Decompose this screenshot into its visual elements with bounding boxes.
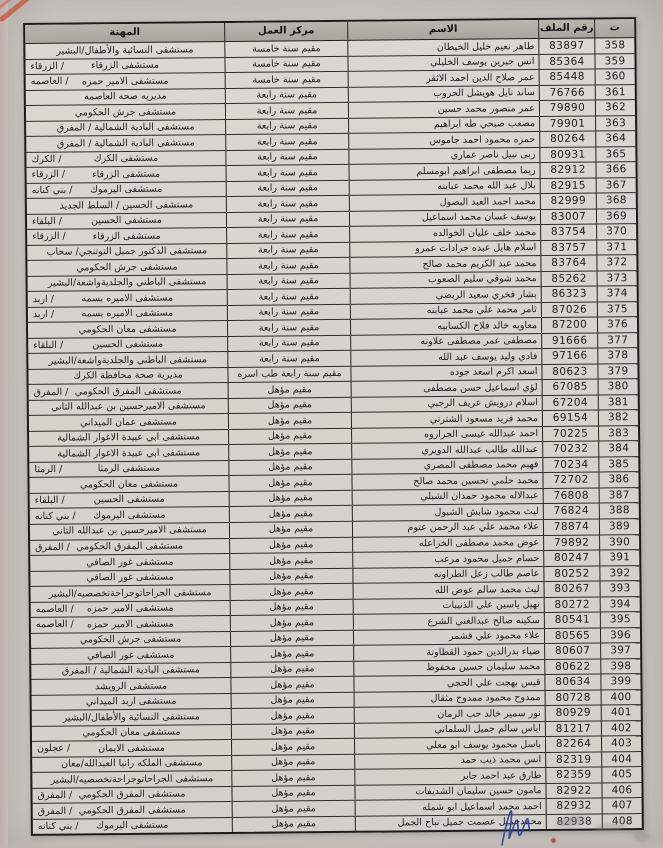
cell-profession: مستشفى اليرموك / بني كنانه	[30, 507, 229, 523]
cell-work-center: مقيم مؤهل	[231, 692, 354, 708]
cell-index: 369	[596, 209, 636, 224]
cell-name: محمد خلف عليان الخوالده	[349, 225, 540, 241]
table-body: 358 83897 طاهر نعيم خليل الخيطان مقيم سن…	[25, 38, 642, 834]
cell-file-number: 82359	[545, 768, 601, 783]
cell-index: 393	[600, 581, 640, 596]
profession-hospital: مستشفى عمان الميداني	[80, 417, 177, 427]
cell-file-number: 87026	[541, 302, 597, 317]
cell-file-number: 81217	[545, 721, 601, 736]
profession-district: / بني كنانه	[35, 511, 76, 521]
cell-work-center: مقيم سنة رابعة	[225, 149, 348, 165]
cell-index: 399	[600, 674, 640, 689]
scan-bottom-edge	[0, 842, 663, 848]
cell-name: ريما مصطفى ابراهيم ابومسلم	[348, 163, 539, 179]
cell-name: علاء محمود علي قشمر	[353, 629, 544, 645]
cell-profession: مستشفى ابي عبيدة الاغوار الشمالية	[29, 445, 228, 461]
profession-district: / البلقاء	[33, 341, 63, 351]
cell-file-number: 70232	[542, 442, 598, 457]
cell-work-center: مقيم سنة رابعة	[227, 351, 350, 367]
cell-work-center: مقيم سنة رابعة	[225, 134, 348, 150]
profession-hospital: مستشفى البادية الشمالية / المفرق	[62, 665, 200, 676]
cell-file-number: 83897	[538, 38, 594, 53]
cell-name: طاهر نعيم خليل الخيطان	[347, 39, 538, 55]
cell-index: 385	[598, 457, 638, 472]
cell-profession: مستشفى الاميرحسين بن عبدالله الثاني	[30, 523, 229, 539]
cell-work-center: مقيم مؤهل	[230, 599, 353, 615]
cell-name: باسل محمود يوسف ابو معلي	[354, 737, 545, 753]
cell-work-center: مقيم مؤهل	[231, 724, 354, 740]
header-index: ت	[594, 19, 634, 37]
cell-work-center: مقيم مؤهل	[230, 584, 353, 600]
cell-name: عاصم طالب زعل الطراونه	[352, 567, 543, 583]
cell-file-number: 80252	[543, 566, 599, 581]
cell-index: 406	[601, 783, 641, 798]
cell-index: 361	[595, 85, 635, 100]
cell-profession: مستشفى الباطني والجلديةواشعة/البشير	[28, 352, 227, 368]
cell-name: عبدالله طالب عبدالله الدويري	[351, 442, 542, 458]
cell-profession: مستشفى الامير حمزه / العاصمه	[31, 616, 230, 632]
cell-profession: مستشفى الاميره بسمه / اربد	[28, 290, 227, 306]
cell-name: قيس بهجت علي الحجي	[353, 675, 544, 691]
profession-hospital: مستشفى الكرك	[94, 154, 159, 164]
cell-profession: مستشفى الزرقاء / الزرقاء	[27, 228, 226, 244]
cell-profession: مستشفى الزرقاء / الزرقاء	[27, 166, 226, 182]
cell-index: 397	[600, 643, 640, 658]
cell-file-number: 80931	[539, 147, 595, 162]
profession-district: / المفرق	[34, 387, 69, 397]
cell-profession: مستشفى الدكتور جميل التوتنجي/ سحاب	[27, 244, 226, 260]
profession-hospital: مستشفى جرش الحكومي	[75, 107, 176, 117]
cell-name: محمد احمد العبد البصول	[349, 194, 540, 210]
cell-index: 384	[598, 441, 638, 456]
cell-work-center: مقيم مؤهل	[228, 475, 351, 491]
cell-name: ساند نايل هويشل الحروب	[348, 86, 539, 102]
cell-work-center: مقيم مؤهل	[231, 739, 354, 755]
cell-work-center: مقيم سنة رابعة	[226, 258, 349, 274]
cell-profession: مستشفى النسائية والأطفال/البشير	[32, 709, 231, 725]
profession-district: / العاصمه	[31, 77, 69, 87]
profession-district: / المفرق	[35, 543, 70, 553]
cell-index: 375	[597, 302, 637, 317]
cell-name: ممدوح محمود ممدوح مثقال	[354, 691, 545, 707]
profession-hospital: مستشفى المفرق الحكومي	[76, 541, 183, 552]
cell-index: 378	[597, 348, 637, 363]
profession-district: / اربد	[33, 294, 54, 304]
cell-profession: مستشفى الملكه رانيا العبدالله/معان	[32, 756, 231, 772]
cell-profession: مستشفى جرش الحكومي	[26, 104, 225, 120]
cell-name: بلال عبد الله محمد عبابنه	[349, 179, 540, 195]
cell-name: مامون حسين سليمان الشديفات	[354, 784, 545, 800]
cell-name: احمد عبدالله عيسى الجراروه	[351, 427, 542, 443]
cell-file-number: 70225	[542, 426, 598, 441]
cell-file-number: 69154	[542, 411, 598, 426]
cell-file-number: 82264	[545, 737, 601, 752]
cell-file-number: 80267	[544, 582, 600, 597]
profession-hospital: مستشفى الاميرحسين بن عبدالله الثاني	[51, 402, 206, 413]
cell-index: 363	[595, 116, 635, 131]
cell-name: عبدالاله محمود حمدان الشبلي	[352, 489, 543, 505]
cell-index: 360	[595, 69, 635, 84]
cell-profession: مستشفى الجراحاتوجراحةتخصصيه/البشير	[31, 585, 230, 601]
cell-profession: مستشفى اليرموك / بني كنانه	[27, 182, 226, 198]
cell-file-number: 76808	[543, 488, 599, 503]
cell-profession: مستشفى الاميره بسمه / اربد	[28, 306, 227, 322]
profession-hospital: مستشفى معان الحكومي	[82, 728, 180, 738]
cell-profession: مستشفى معان الحكومي	[29, 476, 228, 492]
cell-name: معاويه خالد فلاح الكسابيه	[350, 318, 541, 334]
cell-file-number: 85364	[538, 54, 594, 69]
cell-file-number: 79892	[543, 535, 599, 550]
cell-profession: مستشفى جرش الحكومي	[27, 259, 226, 275]
cell-work-center: مقيم مؤهل	[228, 413, 351, 429]
cell-file-number: 82922	[545, 783, 601, 798]
profession-district: / بني كنانه	[32, 186, 73, 196]
cell-name: مصعب صبحي طه ابراهيم	[348, 117, 539, 133]
cell-file-number: 76766	[539, 85, 595, 100]
cell-profession: مستشفى الجراحاتوجراحةتخصصيه/البشير	[32, 771, 231, 787]
cell-work-center: مقيم سنة رابعة	[227, 320, 350, 336]
cell-index: 372	[596, 255, 636, 270]
profession-district: / الرمثا	[34, 465, 62, 475]
cell-file-number: 79901	[539, 116, 595, 131]
cell-profession: مستشفى الرمثا / الرمثا	[29, 461, 228, 477]
cell-index: 407	[602, 798, 642, 813]
profession-hospital: مستشفى الباطني والجلديةواشعة/البشير	[49, 355, 208, 366]
cell-profession: مستشفى الباطني والجلديةواشعة/البشير	[28, 275, 227, 291]
cell-file-number: 80541	[544, 613, 600, 628]
cell-index: 387	[599, 488, 639, 503]
profession-hospital: مستشفى الزرقاء	[93, 231, 161, 241]
cell-profession: مستشفى الاميرحسين بن عبدالله الثاني	[29, 399, 228, 415]
cell-file-number: 80622	[544, 659, 600, 674]
cell-index: 389	[599, 519, 639, 534]
cell-profession: مستشفى الكرك / الكرك	[26, 151, 225, 167]
cell-work-center: مقيم مؤهل	[231, 755, 354, 771]
cell-file-number: 86323	[541, 287, 597, 302]
cell-index: 370	[596, 224, 636, 239]
profession-hospital: مستشفى اليرموك	[93, 511, 165, 521]
profession-hospital: مستشفى معان الحكومي	[80, 479, 178, 489]
profession-hospital: مستشفى المفرق الحكومي	[79, 805, 186, 816]
profession-district: / العاصمه	[36, 605, 74, 615]
profession-district: / المفرق	[38, 806, 73, 816]
cell-work-center: مقيم سنة رابعة	[225, 87, 348, 103]
cell-profession: مديرية صحة محافظة الكرك	[28, 368, 227, 384]
profession-hospital: مديريه صحه العاصمه	[84, 92, 167, 102]
cell-work-center: مقيم مؤهل	[231, 770, 354, 786]
cell-name: انس محمد ذيب حمد	[354, 753, 545, 769]
profession-district: / الزرقاء	[32, 170, 66, 180]
ink-smudge	[634, 831, 650, 842]
cell-file-number: 82912	[539, 163, 595, 178]
cell-work-center: مقيم سنة خامسة	[224, 41, 347, 57]
cell-file-number: 82938	[546, 814, 602, 829]
cell-work-center: مقيم مؤهل	[229, 491, 352, 507]
cell-work-center: مقيم مؤهل	[230, 661, 353, 677]
profession-district: / المفرق	[37, 791, 72, 801]
cell-name: لؤي اسماعيل حسن مصطفى	[351, 380, 542, 396]
cell-file-number: 70234	[542, 457, 598, 472]
cell-file-number: 85262	[541, 271, 597, 286]
profession-hospital: مستشفى الاميره بسمه	[81, 293, 173, 303]
profession-hospital: مستشفى الاميره بسمه	[82, 309, 174, 319]
cell-profession: مستشفى جرش الحكومي	[31, 632, 230, 648]
cell-profession: مستشفى اليرموك / بني كنانه	[33, 818, 232, 834]
profession-hospital: مستشفى اليرموك	[96, 821, 168, 831]
cell-name: علاء محمد علي عبد الرحمن عتوم	[352, 520, 543, 536]
cell-name: ربى نبيل ناصر عماري	[348, 148, 539, 164]
cell-file-number: 78874	[543, 519, 599, 534]
cell-name: اسلام هايل عبده جرادات عمرو	[349, 241, 540, 257]
profession-hospital: مستشفى الزرقاء	[92, 169, 160, 179]
cell-index: 402	[601, 721, 641, 736]
profession-district: / عجلون	[37, 744, 70, 754]
profession-district: / بني كنانه	[38, 822, 79, 832]
profession-hospital: مستشفى الحسين / السلط الجديد	[60, 200, 194, 211]
cell-index: 379	[597, 364, 637, 379]
cell-file-number: 76824	[543, 504, 599, 519]
cell-work-center: مقيم مؤهل	[228, 429, 351, 445]
cell-name: محمد شوقي سليم الصعوب	[350, 272, 541, 288]
profession-hospital: مستشفى الجراحاتوجراحةتخصصيه/البشير	[51, 774, 214, 785]
cell-file-number: 67085	[542, 380, 598, 395]
profession-hospital: مستشفى جرش الحكومي	[80, 635, 181, 645]
cell-file-number: 80634	[544, 675, 600, 690]
cell-work-center: مقيم مؤهل	[231, 708, 354, 724]
profession-hospital: مستشفى الرويشد	[95, 681, 167, 691]
cell-name: اسلام درويش عريف الرجبي	[351, 396, 542, 412]
profession-hospital: مستشفى البادية الشمالية / المفرق	[57, 122, 195, 133]
cell-index: 394	[600, 597, 640, 612]
profession-hospital: مستشفى المفرق الحكومي	[79, 790, 186, 801]
cell-name: يوسف غسان محمد اسماعيل	[349, 210, 540, 226]
cell-file-number: 72702	[542, 473, 598, 488]
cell-work-center: مقيم سنة رابعة	[226, 243, 349, 259]
cell-work-center: مقيم مؤهل	[231, 786, 354, 802]
header-work-center: مركز العمل	[224, 22, 347, 41]
cell-name: عمر صلاح الدين احمد الاثقر	[348, 70, 539, 86]
cell-file-number: 80247	[543, 550, 599, 565]
cell-name: ليث محمد سالم عوض الله	[353, 582, 544, 598]
profession-hospital: مستشفى الدكتور جميل التوتنجي/ سحاب	[47, 246, 208, 257]
profession-hospital: مستشفى الامير حمزه	[87, 619, 174, 629]
profession-hospital: مستشفى جرش الحكومي	[76, 262, 177, 272]
cell-work-center: مقيم مؤهل	[229, 537, 352, 553]
cell-file-number: 85448	[539, 70, 595, 85]
cell-profession: مستشفى الحسين / البلقاء	[28, 337, 227, 353]
profession-hospital: مستشفى معان الحكومي	[79, 324, 177, 334]
cell-work-center: مقيم مؤهل	[228, 398, 351, 414]
cell-file-number: 83764	[540, 256, 596, 271]
cell-file-number: 80623	[541, 364, 597, 379]
cell-profession: مستشفى ابي عبيدة الاغوار الشمالية	[29, 430, 228, 446]
profession-district: / اربد	[33, 310, 54, 320]
cell-profession: مستشفى المفرق الحكومي / المفرق	[29, 383, 228, 399]
profession-district: / الكرك	[31, 155, 61, 165]
cell-profession: مستشفى الزرقاء / الزرقاء	[25, 58, 224, 74]
cell-profession: مستشفى البادية الشمالية / المفرق	[31, 663, 230, 679]
cell-work-center: مقيم سنة رابعة طب اسره	[227, 367, 350, 383]
header-profession: المهنة	[25, 23, 224, 43]
cell-name: اسعد اكرم اسعد جوده	[350, 365, 541, 381]
cell-index: 359	[594, 54, 634, 69]
staff-assignment-table: ت رقم الملف الاسم مركز العمل المهنة 358 …	[23, 17, 644, 836]
cell-profession: مستشفى غور الصافي	[31, 647, 230, 663]
cell-name: محمد حلمي تحسين محمد صالح	[351, 473, 542, 489]
cell-work-center: مقيم سنة رابعة	[225, 165, 348, 181]
cell-index: 381	[598, 395, 638, 410]
cell-file-number: 82915	[540, 178, 596, 193]
cell-index: 401	[601, 705, 641, 720]
cell-work-center: مقيم مؤهل	[232, 817, 355, 833]
profession-hospital: مستشفى الزرقاء	[91, 61, 159, 71]
cell-index: 391	[599, 550, 639, 565]
cell-profession: مستشفى المفرق الحكومي / المفرق	[33, 802, 232, 818]
cell-index: 366	[595, 162, 635, 177]
cell-index: 377	[597, 333, 637, 348]
cell-work-center: مقيم مؤهل	[228, 460, 351, 476]
cell-name: محمدجميل عصمت جميل نباح الجمل	[355, 815, 546, 831]
profession-hospital: مستشفى ابي عبيدة الاغوار الشمالية	[57, 433, 200, 444]
cell-name: عمر منصور محمد حسين	[348, 101, 539, 117]
cell-name: مصطفى عمر مصطفى علاونه	[350, 334, 541, 350]
cell-profession: مستشفى البادية الشمالية / المفرق	[26, 135, 225, 151]
cell-profession: مستشفى الايمان / عجلون	[32, 740, 231, 756]
profession-district: / البلقاء	[32, 217, 62, 227]
profession-hospital: مستشفى غور الصافي	[87, 650, 174, 660]
cell-work-center: مقيم مؤهل	[232, 801, 355, 817]
cell-file-number: 82319	[545, 752, 601, 767]
cell-work-center: مقيم مؤهل	[229, 506, 352, 522]
cell-work-center: مقيم سنة رابعة	[226, 212, 349, 228]
profession-hospital: مستشفى الحسين	[91, 216, 162, 226]
cell-name: محمد عبد الكريم محمد صالح	[349, 256, 540, 272]
cell-profession: مستشفى الامير حمزه / العاصمه	[26, 73, 225, 89]
cell-work-center: مقيم مؤهل	[228, 382, 351, 398]
cell-work-center: مقيم سنة رابعة	[226, 196, 349, 212]
cell-file-number: 79890	[539, 101, 595, 116]
profession-district: / البلقاء	[35, 496, 65, 506]
cell-work-center: مقيم مؤهل	[229, 568, 352, 584]
cell-work-center: مقيم مؤهل	[229, 522, 352, 538]
cell-index: 367	[596, 178, 636, 193]
cell-file-number: 80607	[544, 644, 600, 659]
cell-profession: مستشفى الحسين / السلط الجديد	[27, 197, 226, 213]
profession-hospital: مديرية صحة محافظة الكرك	[73, 371, 183, 382]
cell-file-number: 83754	[540, 225, 596, 240]
profession-district: / الزرقاء	[30, 62, 64, 72]
cell-index: 400	[601, 690, 641, 705]
profession-hospital: مستشفى النسائية والأطفال/البشير	[63, 712, 200, 723]
cell-profession: مستشفى النسائية والأطفال/البشير	[25, 42, 224, 58]
cell-profession: مستشفى غور الصافي	[30, 554, 229, 570]
cell-name: طارق عبد احمد جابر	[354, 768, 545, 784]
cell-index: 376	[597, 317, 637, 332]
cell-name: نهيل ياسين علي الذنيبات	[353, 598, 544, 614]
document-sheet: ت رقم الملف الاسم مركز العمل المهنة 358 …	[23, 17, 644, 836]
cell-index: 408	[602, 814, 642, 829]
cell-name: ليث محمود شابش الشبول	[352, 504, 543, 520]
profession-hospital: مستشفى الاميرحسين بن عبدالله الثاني	[52, 526, 207, 537]
profession-hospital: مستشفى غور الصافي	[86, 557, 173, 567]
cell-work-center: مقيم سنة رابعة	[226, 180, 349, 196]
cell-index: 362	[595, 100, 635, 115]
cell-file-number: 87200	[541, 318, 597, 333]
cell-index: 405	[601, 767, 641, 782]
cell-file-number: 91666	[541, 333, 597, 348]
scanned-page: { "table": { "headers": ["ت", "رقم الملف…	[0, 0, 663, 848]
profession-hospital: مستشفى الايمان	[98, 743, 165, 753]
cell-profession: مستشفى الحسين / البلقاء	[30, 492, 229, 508]
cell-profession: مستشفى المفرق الحكومي / المفرق	[32, 787, 231, 803]
cell-work-center: مقيم مؤهل	[230, 646, 353, 662]
profession-hospital: مستشفى النسائية والأطفال/البشير	[56, 45, 193, 56]
profession-hospital: مستشفى الامير حمزه	[87, 604, 174, 614]
cell-index: 390	[599, 535, 639, 550]
profession-hospital: مستشفى الجراحاتوجراحةتخصصيه/البشير	[49, 588, 212, 599]
cell-name: عوض محمد مصطفى الخزاعله	[352, 535, 543, 551]
cell-index: 368	[596, 193, 636, 208]
cell-file-number: 80565	[544, 628, 600, 643]
cell-index: 386	[598, 473, 638, 488]
cell-name: انس جبرين يوسف الخليلي	[347, 55, 538, 71]
cell-index: 373	[597, 271, 637, 286]
cell-work-center: مقيم سنة خامسة	[225, 72, 348, 88]
profession-hospital: مستشفى الباطني والجلديةواشعة/البشير	[48, 277, 207, 288]
cell-index: 403	[601, 736, 641, 751]
cell-work-center: مقيم سنة رابعة	[227, 305, 350, 321]
cell-work-center: مقيم مؤهل	[230, 630, 353, 646]
cell-name: ثامر محمد علي محمد عبابنه	[350, 303, 541, 319]
cell-file-number: 97166	[541, 349, 597, 364]
cell-index: 388	[599, 504, 639, 519]
profession-hospital: مستشفى البادية الشمالية / المفرق	[57, 138, 195, 149]
cell-work-center: مقيم سنة خامسة	[224, 56, 347, 72]
cell-file-number: 83757	[540, 240, 596, 255]
cell-name: اياس سالم جميل السلماني	[354, 722, 545, 738]
cell-profession: مديريه صحه العاصمه	[26, 89, 225, 105]
cell-file-number: 82932	[546, 799, 602, 814]
cell-index: 382	[598, 410, 638, 425]
cell-work-center: مقيم مؤهل	[229, 553, 352, 569]
cell-profession: مستشفى اربد الميداني	[32, 694, 231, 710]
profession-hospital: مستشفى الحسين	[94, 495, 165, 505]
profession-hospital: مستشفى الملكه رانيا العبدالله/معان	[61, 758, 202, 769]
cell-file-number: 80728	[545, 690, 601, 705]
profession-hospital: مستشفى المفرق الحكومي	[75, 386, 182, 397]
cell-file-number: 80929	[545, 706, 601, 721]
profession-hospital: مستشفى الحسين	[92, 340, 163, 350]
cell-work-center: مقيم مؤهل	[228, 444, 351, 460]
cell-file-number: 67204	[542, 395, 598, 410]
cell-name: سكينه صالح عبدالغني الشرع	[353, 613, 544, 629]
cell-index: 374	[597, 286, 637, 301]
header-file-number: رقم الملف	[538, 19, 594, 38]
cell-profession: مستشفى الرويشد	[31, 678, 230, 694]
cell-name: بشار فخري سعيد الربضي	[350, 287, 541, 303]
cell-name: فادي وليد يوسف عبد الله	[350, 349, 541, 365]
cell-profession: مستشفى غور الصافي	[30, 570, 229, 586]
cell-index: 392	[599, 566, 639, 581]
profession-hospital: مستشفى ابي عبيدة الاغوار الشمالية	[57, 448, 200, 459]
cell-work-center: مقيم مؤهل	[230, 615, 353, 631]
cell-index: 398	[600, 659, 640, 674]
cell-name: حسام جميل محمود مرعب	[352, 551, 543, 567]
cell-index: 395	[600, 612, 640, 627]
cell-index: 371	[596, 240, 636, 255]
cell-work-center: مقيم سنة رابعة	[226, 227, 349, 243]
cell-work-center: مقيم مؤهل	[230, 677, 353, 693]
